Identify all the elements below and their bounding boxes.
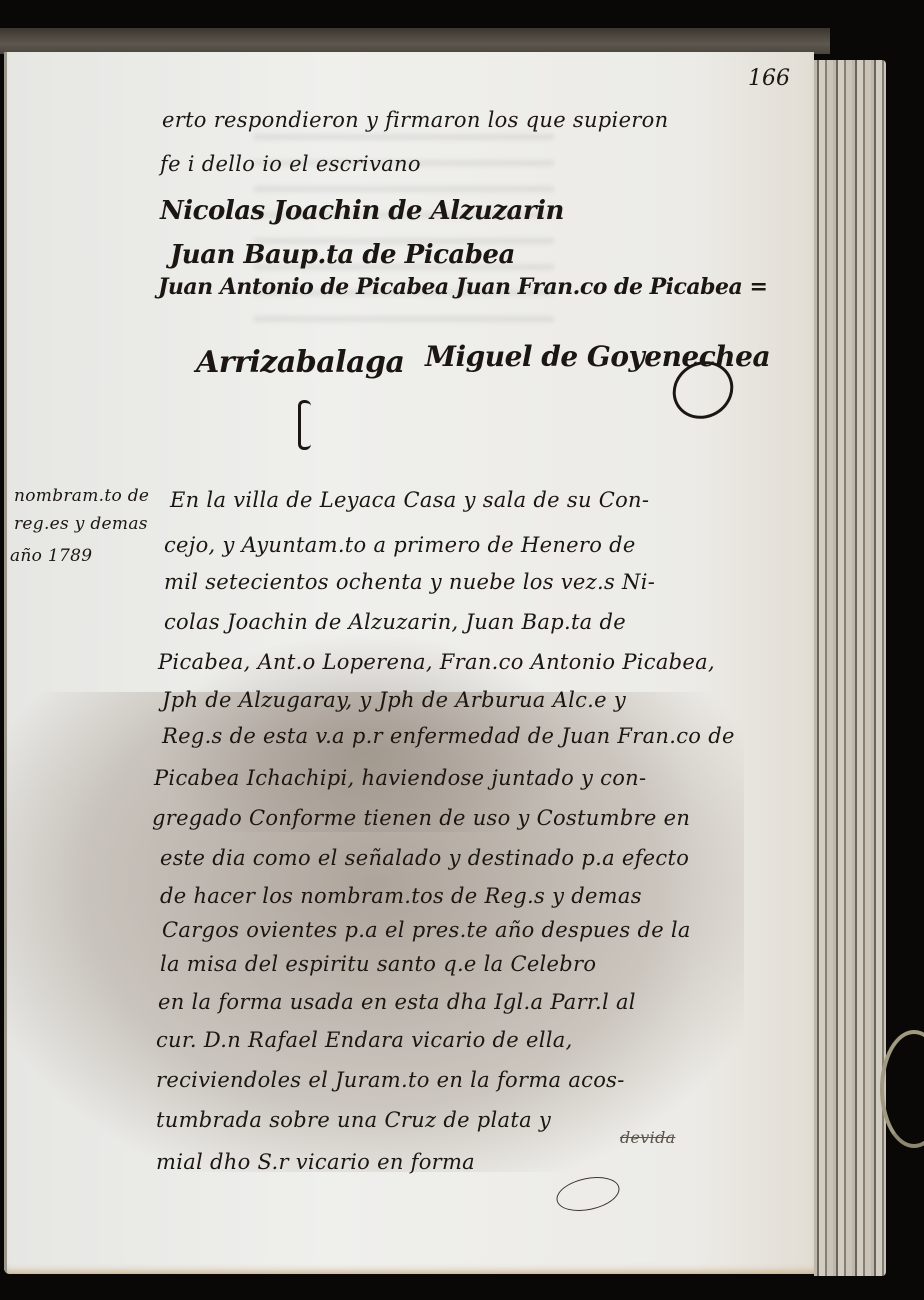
body-line: de hacer los nombram.tos de Reg.s y dema… xyxy=(160,884,642,908)
body-line: la misa del espiritu santo q.e la Celebr… xyxy=(160,952,596,976)
body-line: mil setecientos ochenta y nuebe los vez.… xyxy=(164,570,655,594)
body-line: Cargos ovientes p.a el pres.te año despu… xyxy=(162,918,691,942)
header-line: erto respondieron y firmaron los que sup… xyxy=(162,108,668,132)
body-line: colas Joachin de Alzuzarin, Juan Bap.ta … xyxy=(164,610,626,634)
binding-string xyxy=(880,1030,924,1148)
signature-left: Arrizabalaga xyxy=(196,345,404,380)
body-line: En la villa de Leyaca Casa y sala de su … xyxy=(170,488,649,512)
body-line: Reg.s de esta v.a p.r enfermedad de Juan… xyxy=(162,724,735,748)
folio-number: 166 xyxy=(748,66,790,91)
body-line: gregado Conforme tienen de uso y Costumb… xyxy=(152,806,690,830)
body-line: cur. D.n Rafael Endara vicario de ella, xyxy=(156,1028,573,1052)
body-line: Jph de Alzugaray, y Jph de Arburua Alc.e… xyxy=(162,688,626,712)
signature-line: Juan Antonio de Picabea Juan Fran.co de … xyxy=(158,274,767,300)
body-line: reciviendoles el Juram.to en la forma ac… xyxy=(156,1068,625,1092)
book-top-edge xyxy=(0,28,830,54)
signature-line: Juan Baup.ta de Picabea xyxy=(170,240,515,270)
margin-note-line: año 1789 xyxy=(10,546,92,566)
header-line: fe i dello io el escrivano xyxy=(160,152,421,176)
body-line: en la forma usada en esta dha Igl.a Parr… xyxy=(158,990,636,1014)
margin-note-line: nombram.to de xyxy=(14,486,149,506)
body-line: este dia como el señalado y destinado p.… xyxy=(160,846,689,870)
page-left-edge xyxy=(4,52,7,1274)
rubric-stroke-icon xyxy=(298,400,311,450)
body-line: mial dho S.r vicario en forma xyxy=(156,1150,475,1174)
margin-note-line: reg.es y demas xyxy=(14,514,148,534)
body-line: Picabea, Ant.o Loperena, Fran.co Antonio… xyxy=(158,650,715,674)
struck-word: devida xyxy=(620,1128,675,1147)
page-edges-stack xyxy=(814,60,886,1276)
body-line: Picabea Ichachipi, haviendose juntado y … xyxy=(154,766,646,790)
body-line: cejo, y Ayuntam.to a primero de Henero d… xyxy=(164,533,636,557)
signature-line: Nicolas Joachin de Alzuzarin xyxy=(160,196,564,226)
body-line: tumbrada sobre una Cruz de plata y xyxy=(156,1108,551,1132)
